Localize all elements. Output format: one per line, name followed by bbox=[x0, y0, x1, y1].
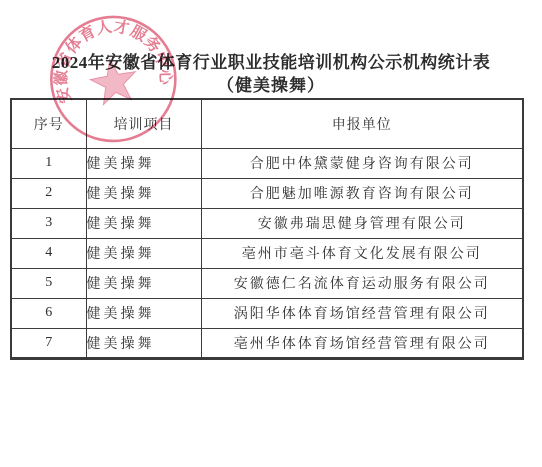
row-index: 1 bbox=[11, 148, 86, 178]
table-row: 6 健美操舞 涡阳华体体育场馆经营管理有限公司 bbox=[11, 298, 523, 328]
header-row: 序号 培训项目 申报单位 bbox=[11, 99, 523, 148]
training-project: 健美操舞 bbox=[86, 328, 201, 358]
row-index: 4 bbox=[11, 238, 86, 268]
row-index: 7 bbox=[11, 328, 86, 358]
training-project: 健美操舞 bbox=[86, 208, 201, 238]
training-project: 健美操舞 bbox=[86, 178, 201, 208]
row-index: 3 bbox=[11, 208, 86, 238]
training-project: 健美操舞 bbox=[86, 268, 201, 298]
page-title: 2024年安徽省体育行业职业技能培训机构公示机构统计表 bbox=[0, 52, 542, 74]
table-row: 2 健美操舞 合肥魅加唯源教育咨询有限公司 bbox=[11, 178, 523, 208]
training-project: 健美操舞 bbox=[86, 238, 201, 268]
row-index: 5 bbox=[11, 268, 86, 298]
training-project: 健美操舞 bbox=[86, 298, 201, 328]
applicant-organization: 安徽德仁名流体育运动服务有限公司 bbox=[201, 268, 523, 298]
col-header-organization: 申报单位 bbox=[201, 99, 523, 148]
applicant-organization: 合肥魅加唯源教育咨询有限公司 bbox=[201, 178, 523, 208]
table-row: 5 健美操舞 安徽德仁名流体育运动服务有限公司 bbox=[11, 268, 523, 298]
row-index: 6 bbox=[11, 298, 86, 328]
table-row: 1 健美操舞 合肥中体黛蒙健身咨询有限公司 bbox=[11, 148, 523, 178]
training-orgs-table: 序号 培训项目 申报单位 1 健美操舞 合肥中体黛蒙健身咨询有限公司 2 健美操… bbox=[10, 98, 524, 360]
applicant-organization: 亳州华体体育场馆经营管理有限公司 bbox=[201, 328, 523, 358]
table-row: 3 健美操舞 安徽弗瑞思健身管理有限公司 bbox=[11, 208, 523, 238]
training-orgs-table-wrap: 序号 培训项目 申报单位 1 健美操舞 合肥中体黛蒙健身咨询有限公司 2 健美操… bbox=[10, 98, 522, 360]
applicant-organization: 合肥中体黛蒙健身咨询有限公司 bbox=[201, 148, 523, 178]
row-index: 2 bbox=[11, 178, 86, 208]
table-row: 4 健美操舞 亳州市亳斗体育文化发展有限公司 bbox=[11, 238, 523, 268]
applicant-organization: 安徽弗瑞思健身管理有限公司 bbox=[201, 208, 523, 238]
col-header-project: 培训项目 bbox=[86, 99, 201, 148]
page-subtitle: （健美操舞） bbox=[0, 75, 542, 97]
col-header-index: 序号 bbox=[11, 99, 86, 148]
table-row: 7 健美操舞 亳州华体体育场馆经营管理有限公司 bbox=[11, 328, 523, 358]
training-project: 健美操舞 bbox=[86, 148, 201, 178]
applicant-organization: 亳州市亳斗体育文化发展有限公司 bbox=[201, 238, 523, 268]
applicant-organization: 涡阳华体体育场馆经营管理有限公司 bbox=[201, 298, 523, 328]
